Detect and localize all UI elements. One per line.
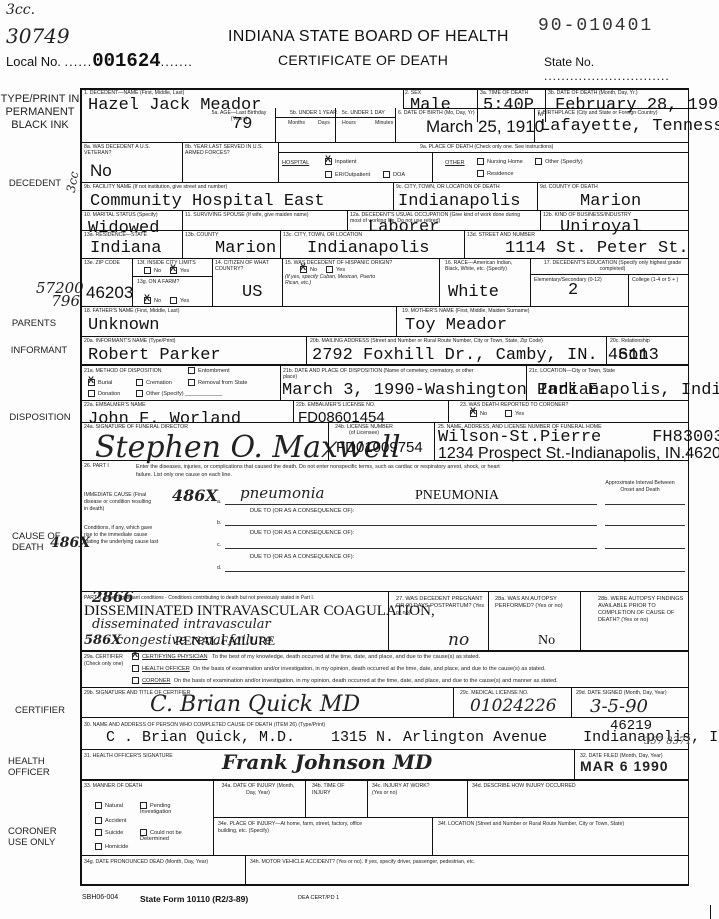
education-elementary[interactable]: 2 (568, 282, 578, 300)
checkbox-hispanic-no[interactable]: No (300, 266, 317, 273)
checkbox-suicide[interactable]: Suicide (95, 829, 123, 836)
side-health-officer: HEALTH OFFICER (8, 756, 58, 778)
checkbox-farm-no[interactable]: No (144, 297, 161, 304)
residence-city[interactable]: Indianapolis (307, 240, 429, 258)
medical-license[interactable]: 01024226 (470, 696, 557, 716)
county-of-death[interactable]: Marion (580, 193, 641, 211)
side-type-print: TYPE/PRINT IN PERMANENT BLACK INK (0, 93, 80, 132)
side-parents-note: 57200 796 (36, 282, 80, 308)
checkbox-certifying-physician[interactable]: CERTIFYING PHYSICIAN To the best of my k… (132, 653, 480, 660)
checkbox-burial[interactable]: Burial (88, 379, 112, 386)
checkbox-cremation[interactable]: Cremation (136, 379, 172, 386)
file-number: 30749 (6, 24, 70, 48)
autopsy-performed[interactable]: No (538, 632, 555, 650)
form-title: INDIANA STATE BOARD OF HEALTH (228, 28, 509, 46)
cause-completer[interactable]: C . Brian Quick, M.D. 1315 N. Arlington … (106, 729, 719, 747)
date-filed-stamp: MAR 6 1990 (580, 758, 669, 774)
date-of-birth[interactable]: March 25, 1910 (426, 118, 544, 136)
checkbox-city-limits-no[interactable]: No (144, 267, 161, 274)
checkbox-coroner-yes[interactable]: Yes (505, 410, 524, 417)
corner-note: 3cc. (6, 2, 35, 18)
part2-handwritten1: disseminated intravascular (92, 617, 271, 632)
race[interactable]: White (448, 284, 499, 302)
state-no: State No. ............................. (544, 55, 719, 83)
checkbox-homicide[interactable]: Homicide (95, 843, 128, 850)
health-officer-signature[interactable]: Frank Johnson MD (222, 750, 432, 774)
side-coroner: CORONER USE ONLY (8, 826, 68, 848)
citizenship[interactable]: US (242, 284, 262, 302)
checkbox-nursing[interactable]: Nursing Home (477, 158, 523, 165)
cause-a-handwritten: pneumonia (240, 484, 324, 502)
local-no-label: Local No. (6, 54, 61, 69)
form-code: SBH06-004 (82, 894, 118, 901)
phone-note: 357 8371 (644, 736, 692, 747)
time-of-death[interactable]: 5:40P (483, 97, 534, 115)
informant-name[interactable]: Robert Parker (88, 347, 221, 365)
zip-code[interactable]: 46203 (86, 284, 133, 302)
side-decedent: DECEDENT (0, 178, 70, 189)
checkbox-removal[interactable]: Removal from State (188, 379, 247, 386)
checkbox-natural[interactable]: Natural (95, 802, 123, 809)
local-no-value: 001624 (92, 50, 160, 72)
checkbox-coroner-no[interactable]: No (470, 410, 487, 417)
birthplace[interactable]: Lafayette, Tennessee (540, 118, 719, 136)
checkbox-city-limits-yes[interactable]: Yes (170, 267, 189, 274)
residence-county[interactable]: Marion (215, 240, 276, 258)
date-signed[interactable]: 3-5-90 (590, 696, 648, 717)
business-industry[interactable]: Uniroyal (560, 219, 642, 237)
side-informant: INFORMANT (0, 345, 78, 356)
checkbox-other-disposition[interactable]: Other (Specify) ____________ (136, 390, 223, 397)
checkbox-doa[interactable]: DOA (383, 171, 405, 178)
side-decedent-note: 3cc (64, 170, 81, 193)
checkbox-entombment[interactable]: Entombment (188, 367, 230, 374)
part2-line2[interactable]: RENAL FAILURE (175, 632, 275, 650)
mother-name[interactable]: Toy Meador (405, 317, 507, 335)
occupation[interactable]: Laborer (368, 219, 439, 237)
veteran[interactable]: No (90, 162, 112, 180)
residence-street[interactable]: 1114 St. Peter St. (505, 240, 689, 258)
certifier-signature[interactable]: C. Brian Quick MD (150, 692, 360, 717)
checkbox-health-officer[interactable]: HEALTH OFFICER On the basis of examinati… (132, 665, 546, 672)
checkbox-undetermined[interactable]: Could not be Determined (140, 829, 200, 842)
age[interactable]: 79 (232, 116, 252, 134)
checkbox-inpatient[interactable]: Inpatient (325, 158, 356, 165)
side-parents: PARENTS (0, 318, 68, 329)
state-no-label: State No. (544, 55, 594, 69)
local-no: Local No. ......001624....... (6, 50, 193, 72)
checkbox-er[interactable]: ER/Outpatient (325, 171, 370, 178)
dea-cert: DEA CERT/PD 1 (298, 895, 339, 901)
place-other: OTHER (445, 160, 465, 166)
state-no-stamp: 90-010401 (538, 16, 653, 36)
checkbox-pending[interactable]: Pending Investigation (140, 802, 200, 815)
cause-a-code: 486X (172, 486, 218, 505)
checkbox-accident[interactable]: Accident (95, 817, 126, 824)
form-name: State Form 10110 (R2/3-89) (140, 894, 248, 904)
checkbox-coroner[interactable]: CORONER On the basis of examination and/… (132, 677, 558, 684)
checkbox-farm-yes[interactable]: Yes (170, 297, 189, 304)
side-certifier: CERTIFIER (0, 705, 80, 716)
funeral-director-license[interactable]: FD01009754 (336, 439, 423, 457)
checkbox-other[interactable]: Other (Specify) (535, 158, 583, 165)
checkbox-donation[interactable]: Donation (88, 390, 120, 397)
side-disposition: DISPOSITION (0, 412, 80, 423)
informant-relationship[interactable]: Son (618, 347, 649, 365)
checkbox-hispanic-yes[interactable]: Yes (326, 266, 345, 273)
residence-state[interactable]: Indiana (90, 240, 161, 258)
facility-name[interactable]: Community Hospital East (90, 193, 325, 211)
father-name[interactable]: Unknown (88, 317, 159, 335)
checkbox-residence[interactable]: Residence (477, 170, 513, 177)
pregnant[interactable]: no (448, 630, 469, 650)
form-subtitle: CERTIFICATE OF DEATH (278, 52, 448, 68)
disposition-location[interactable]: Indianapolis, Indiana (538, 382, 719, 400)
city-of-death[interactable]: Indianapolis (398, 193, 520, 211)
place-hospital: HOSPITAL (282, 160, 309, 166)
cause-a[interactable]: PNEUMONIA (415, 488, 499, 504)
